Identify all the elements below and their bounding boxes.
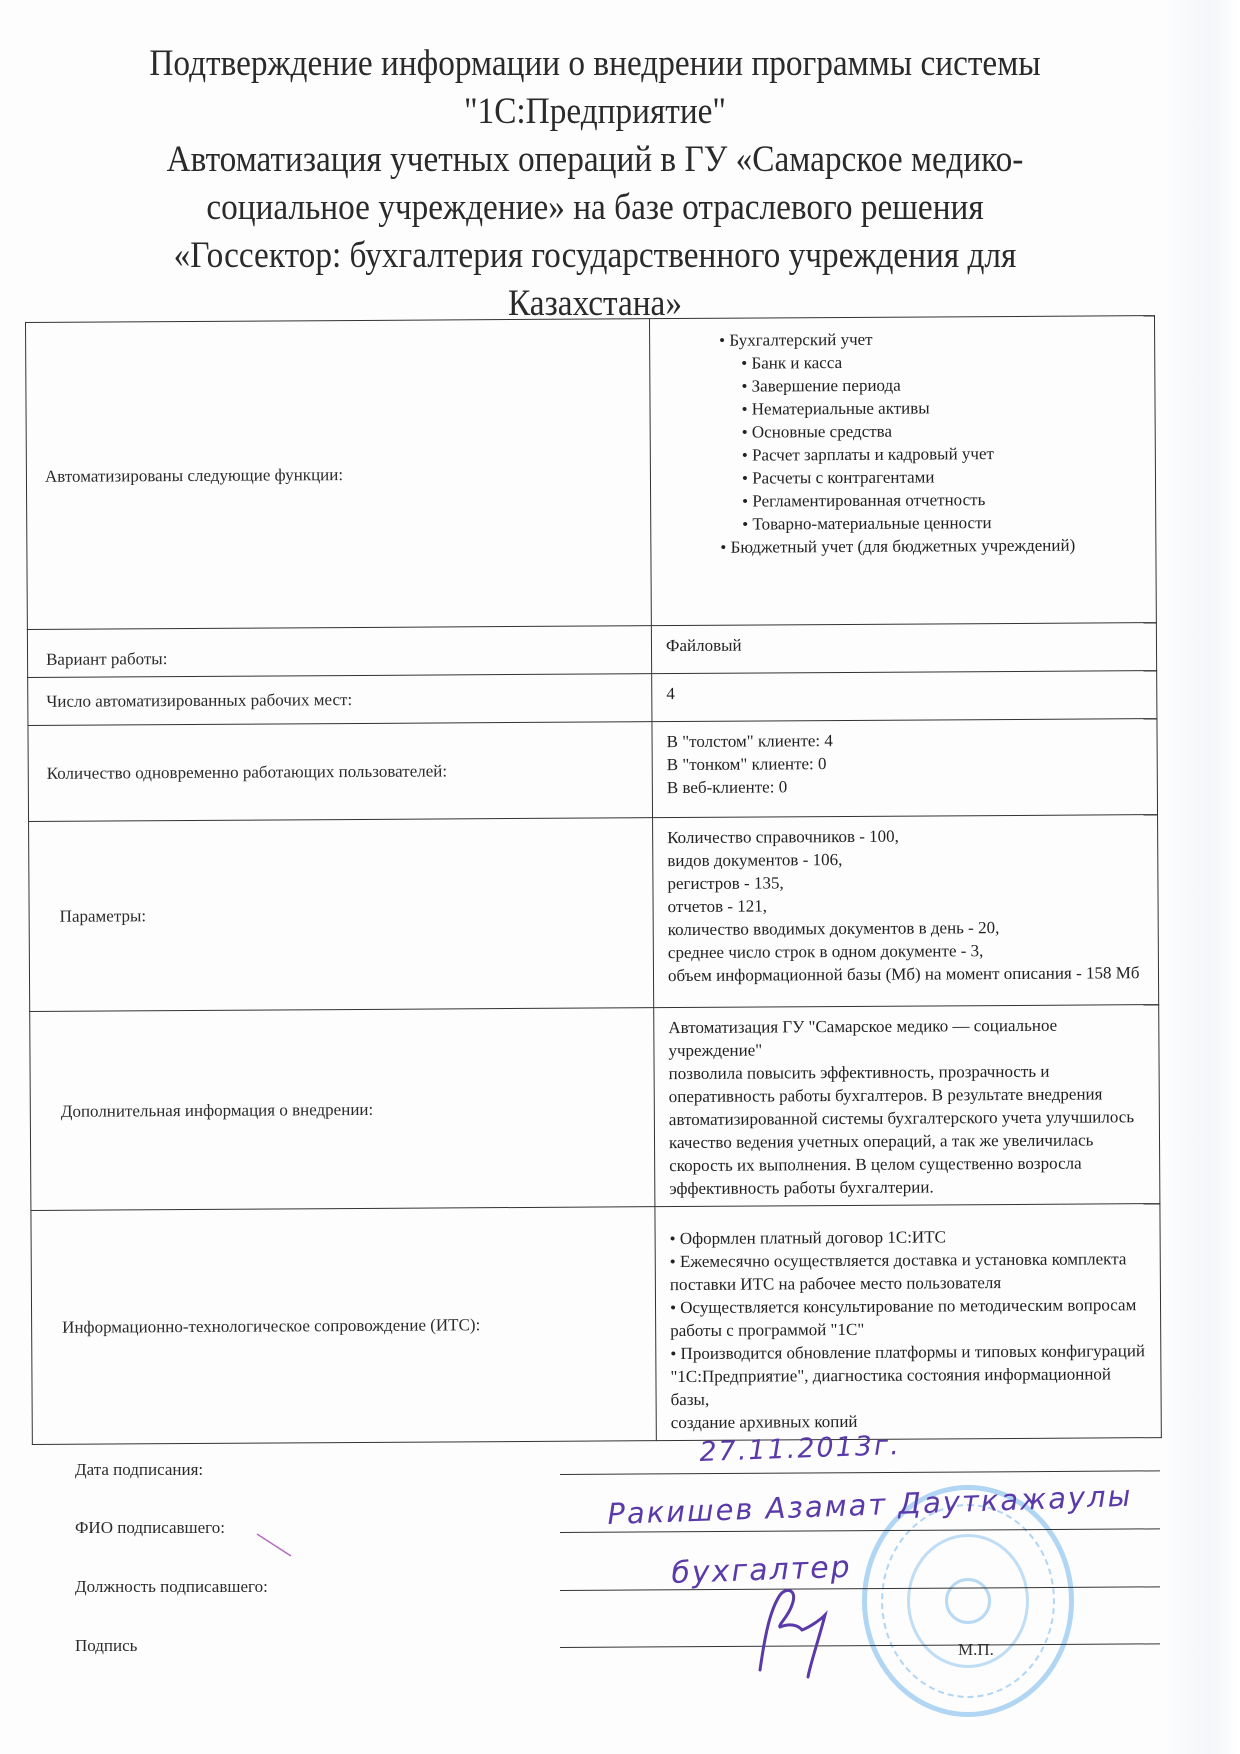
table-row: Информационно-технологическое сопровожде…: [31, 1204, 1161, 1445]
title-line: Автоматизация учетных операций в ГУ «Сам…: [78, 136, 1113, 184]
value-line: объем информационной базы (Мб) на момент…: [668, 961, 1144, 987]
functions-list: Бухгалтерский учет Банк и касса Завершен…: [664, 324, 1142, 585]
list-item: Бюджетный учет (для бюджетных учреждений…: [720, 533, 1141, 559]
list-item: Банк и касса: [719, 349, 1140, 375]
row-value-workstations: 4: [652, 671, 1157, 722]
handwritten-signature-icon: [750, 1575, 860, 1685]
value-line: видов документов - 106,: [667, 846, 1143, 872]
table-row: Вариант работы: Файловый: [27, 623, 1156, 678]
value-line: В "толстом" клиенте: 4: [667, 727, 1143, 753]
table-row: Параметры: Количество справочников - 100…: [29, 815, 1159, 1012]
row-label-concurrent-users: Количество одновременно работающих польз…: [28, 722, 653, 822]
value-line: работы с программой "1С": [670, 1316, 1146, 1342]
row-label-workstations: Число автоматизированных рабочих мест:: [28, 674, 652, 726]
row-label-functions: Автоматизированы следующие функции:: [26, 319, 652, 630]
title-line: социальное учреждение» на базе отраслево…: [78, 184, 1113, 232]
list-item: Товарно-материальные ценности: [720, 510, 1141, 536]
row-value-its-support: • Оформлен платный договор 1С:ИТС • Ежем…: [655, 1204, 1161, 1441]
row-label-parameters: Параметры:: [29, 818, 654, 1012]
list-item: Бухгалтерский учет: [719, 326, 1140, 352]
signer-name-label: ФИО подписавшего:: [75, 1518, 225, 1538]
list-item: Завершение периода: [719, 372, 1140, 398]
value-line: Автоматизация ГУ "Самарское медико — соц…: [668, 1013, 1144, 1062]
list-item: Нематериальные активы: [719, 395, 1140, 421]
value-line: • Ежемесячно осуществляется доставка и у…: [670, 1247, 1146, 1273]
title-line: «Госсектор: бухгалтерия государственного…: [78, 232, 1113, 280]
value-line: позволила повысить эффективность, прозра…: [669, 1059, 1145, 1085]
table-row: Число автоматизированных рабочих мест: 4: [28, 671, 1157, 726]
title-line: Подтверждение информации о внедрении про…: [78, 40, 1113, 88]
row-label-work-mode: Вариант работы:: [27, 626, 651, 678]
value-line: оперативность работы бухгалтеров. В резу…: [669, 1082, 1145, 1108]
signature-label: Подпись: [75, 1636, 137, 1656]
row-value-concurrent-users: В "толстом" клиенте: 4 В "тонком" клиент…: [652, 719, 1158, 818]
row-label-additional-info: Дополнительная информация о внедрении:: [30, 1008, 655, 1211]
list-item: Расчет зарплаты и кадровый учет: [720, 441, 1141, 467]
date-line: [560, 1470, 1160, 1475]
document-page: Подтверждение информации о внедрении про…: [0, 0, 1240, 1754]
value-line: В веб-клиенте: 0: [667, 773, 1143, 799]
value-line: скорость их выполнения. В целом существе…: [669, 1151, 1145, 1177]
value-line: эффективность работы бухгалтерии.: [669, 1174, 1145, 1200]
value-line: количество вводимых документов в день - …: [668, 915, 1144, 941]
row-value-parameters: Количество справочников - 100, видов док…: [653, 815, 1159, 1008]
list-item: Регламентированная отчетность: [720, 487, 1141, 513]
document-title: Подтверждение информации о внедрении про…: [78, 40, 1113, 328]
row-value-work-mode: Файловый: [651, 623, 1156, 674]
table-row: Дополнительная информация о внедрении: А…: [30, 1005, 1160, 1211]
signer-position-label: Должность подписавшего:: [75, 1577, 268, 1597]
value-line: Количество справочников - 100,: [667, 823, 1143, 849]
value-line: • Производится обновление платформы и ти…: [670, 1339, 1146, 1365]
value-line: отчетов - 121,: [668, 892, 1144, 918]
value-line: качество ведения учетных операций, а так…: [669, 1128, 1145, 1154]
seal-placeholder-label: М.П.: [958, 1640, 994, 1660]
date-label: Дата подписания:: [75, 1460, 203, 1480]
value-line: регистров - 135,: [667, 869, 1143, 895]
pen-mark-icon: [255, 1530, 295, 1560]
row-value-functions: Бухгалтерский учет Банк и касса Завершен…: [649, 316, 1156, 626]
table-row: Количество одновременно работающих польз…: [28, 719, 1158, 822]
value-line: создание архивных копий: [671, 1408, 1147, 1434]
value-line: • Оформлен платный договор 1С:ИТС: [670, 1224, 1146, 1250]
value-line: поставки ИТС на рабочее место пользовате…: [670, 1270, 1146, 1296]
list-item: Расчеты с контрагентами: [720, 464, 1141, 490]
title-line: "1С:Предприятие": [78, 88, 1113, 136]
row-value-additional-info: Автоматизация ГУ "Самарское медико — соц…: [654, 1005, 1160, 1207]
value-line: автоматизированной системы бухгалтерског…: [669, 1105, 1145, 1131]
implementation-info-table: Автоматизированы следующие функции: Бухг…: [25, 315, 1162, 1445]
value-line: среднее число строк в одном документе - …: [668, 938, 1144, 964]
value-line: В "тонком" клиенте: 0: [667, 750, 1143, 776]
value-line: "1С:Предприятие", диагностика состояния …: [670, 1362, 1146, 1411]
value-line: • Осуществляется консультирование по мет…: [670, 1293, 1146, 1319]
table-row: Автоматизированы следующие функции: Бухг…: [26, 316, 1157, 630]
row-label-its-support: Информационно-технологическое сопровожде…: [31, 1207, 656, 1445]
list-item: Основные средства: [720, 418, 1141, 444]
